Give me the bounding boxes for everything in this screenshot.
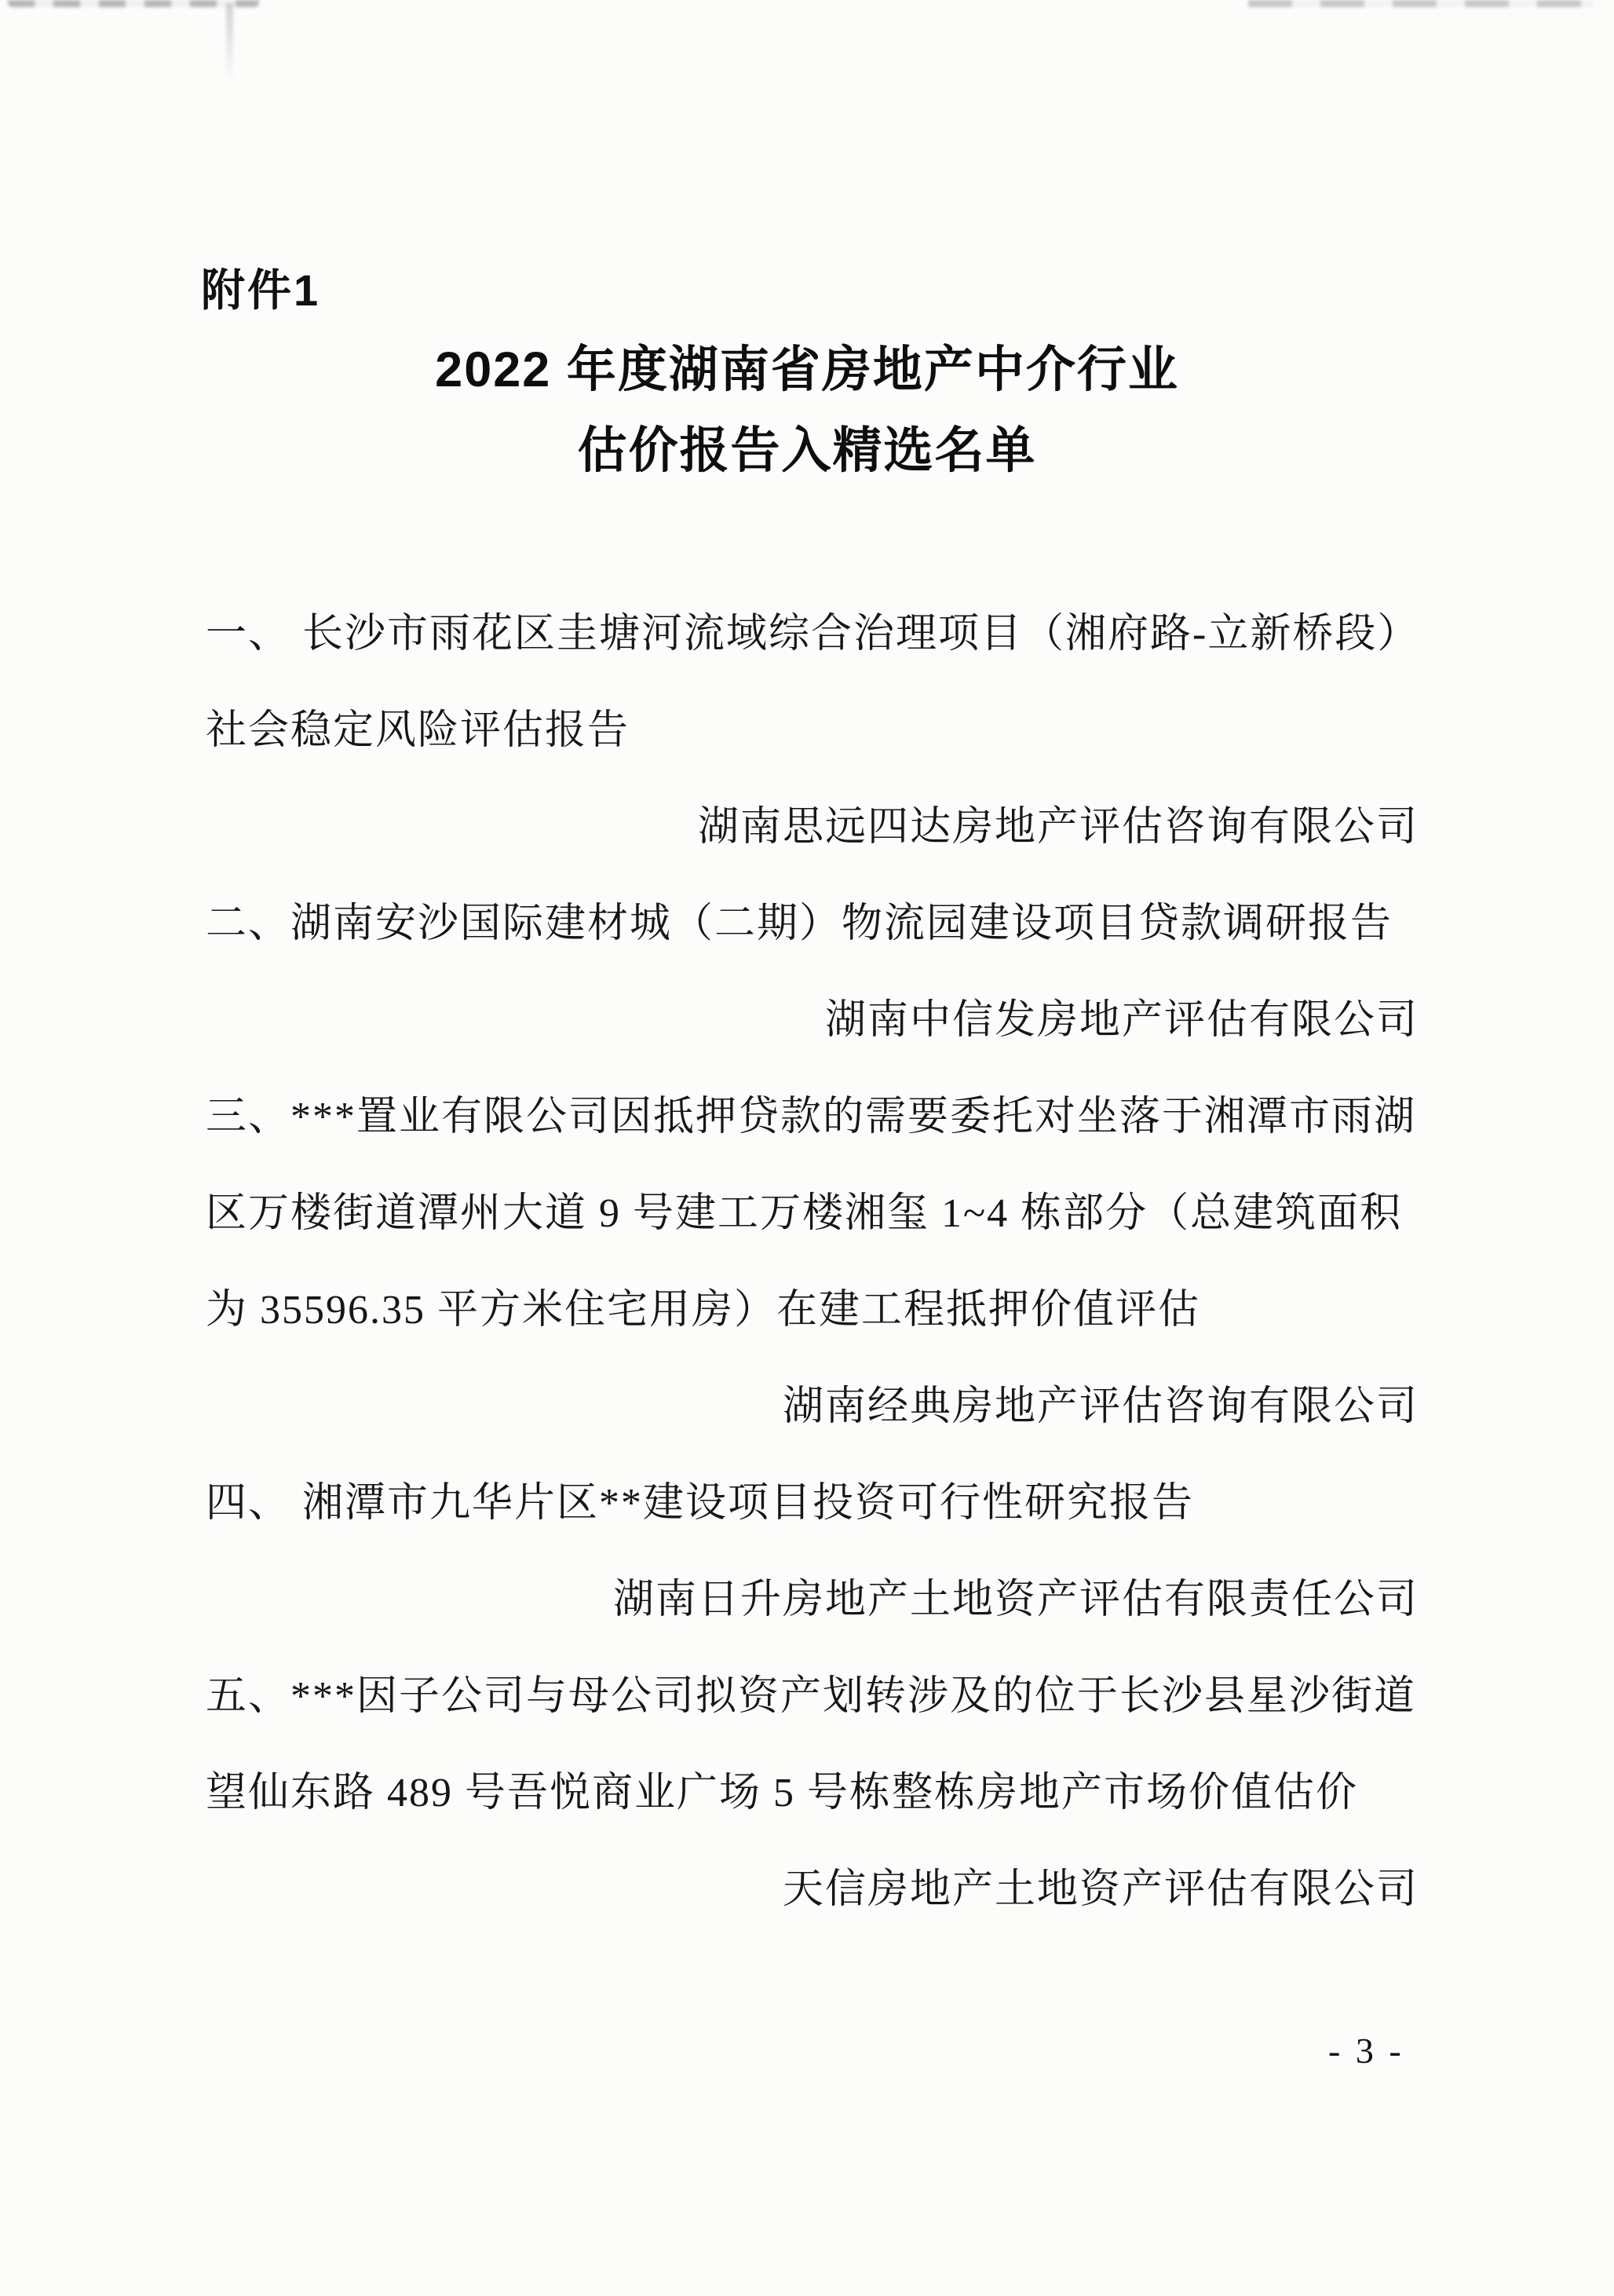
page-number: - 3 - bbox=[1328, 2027, 1404, 2075]
document-title-line-2: 估价报告入精选名单 bbox=[0, 411, 1614, 492]
report-5-title-line-2: 望仙东路 489 号吾悦商业广场 5 号栋整栋房地产市场价值估价 bbox=[206, 1745, 1419, 1841]
report-4-title-line-1: 四、 湘潭市九华片区**建设项目投资可行性研究报告 bbox=[206, 1455, 1419, 1552]
report-3-title-line-3: 为 35596.35 平方米住宅用房）在建工程抵押价值评估 bbox=[206, 1262, 1419, 1358]
report-3-company: 湖南经典房地产评估咨询有限公司 bbox=[206, 1358, 1419, 1455]
report-1-title-line-1: 一、 长沙市雨花区圭塘河流域综合治理项目（湘府路-立新桥段） bbox=[206, 586, 1419, 682]
report-list: 一、 长沙市雨花区圭塘河流域综合治理项目（湘府路-立新桥段） 社会稳定风险评估报… bbox=[206, 586, 1419, 1938]
document-title-line-1: 2022 年度湖南省房地产中介行业 bbox=[0, 330, 1614, 411]
report-5-company: 天信房地产土地资产评估有限公司 bbox=[206, 1841, 1419, 1938]
report-5-title-line-1: 五、***因子公司与母公司拟资产划转涉及的位于长沙县星沙街道 bbox=[206, 1648, 1419, 1745]
document-title: 2022 年度湖南省房地产中介行业 估价报告入精选名单 bbox=[0, 330, 1614, 492]
report-2-title-line-1: 二、湖南安沙国际建材城（二期）物流园建设项目贷款调研报告 bbox=[206, 876, 1419, 972]
scan-smudge-top-left bbox=[8, 0, 259, 7]
report-2-company: 湖南中信发房地产评估有限公司 bbox=[206, 972, 1419, 1069]
report-1-title-line-2: 社会稳定风险评估报告 bbox=[206, 682, 1419, 779]
report-4-company: 湖南日升房地产土地资产评估有限责任公司 bbox=[206, 1552, 1419, 1648]
report-3-title-line-2: 区万楼街道潭州大道 9 号建工万楼湘玺 1~4 栋部分（总建筑面积 bbox=[206, 1165, 1419, 1262]
report-1-company: 湖南思远四达房地产评估咨询有限公司 bbox=[206, 779, 1419, 876]
report-3-title-line-1: 三、***置业有限公司因抵押贷款的需要委托对坐落于湘潭市雨湖 bbox=[206, 1069, 1419, 1165]
scanned-document-page: 附件1 2022 年度湖南省房地产中介行业 估价报告入精选名单 一、 长沙市雨花… bbox=[0, 0, 1614, 2296]
scan-smudge-top-right bbox=[1248, 0, 1594, 7]
scan-smudge-vertical-streak bbox=[226, 3, 233, 82]
attachment-label: 附件1 bbox=[201, 256, 320, 319]
